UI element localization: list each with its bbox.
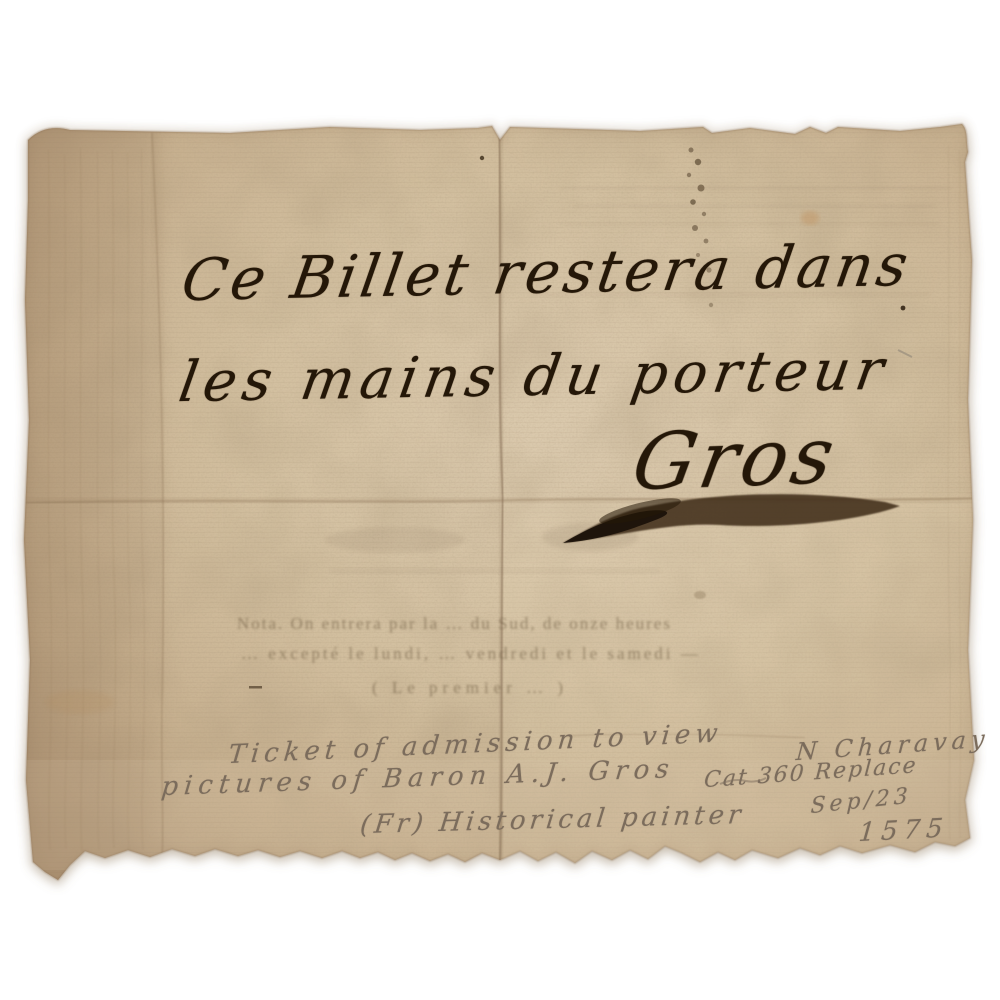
- photo-canvas: Ce Billet restera dans les mains du port…: [0, 0, 1000, 1000]
- showthrough-print-line-1: Nota. On entrera par la … du Sud, de onz…: [237, 614, 672, 634]
- paper-artwork: [0, 0, 1000, 1000]
- showthrough-print-line-2: … excepté le lundi, … vendredi et le sam…: [241, 644, 701, 664]
- ink-dash: [249, 686, 262, 689]
- ink-speck: [480, 156, 484, 160]
- bottom-left-stain: [46, 690, 114, 714]
- foxing-stain: [801, 211, 819, 225]
- pencil-note-right-line-4: 1575: [857, 813, 950, 848]
- handwritten-line-2: les mains du porteur: [175, 338, 894, 416]
- showthrough-print-line-3: ( Le premier … ): [330, 678, 610, 698]
- gros-signature: Gros: [626, 411, 844, 509]
- ink-speck: [901, 306, 906, 311]
